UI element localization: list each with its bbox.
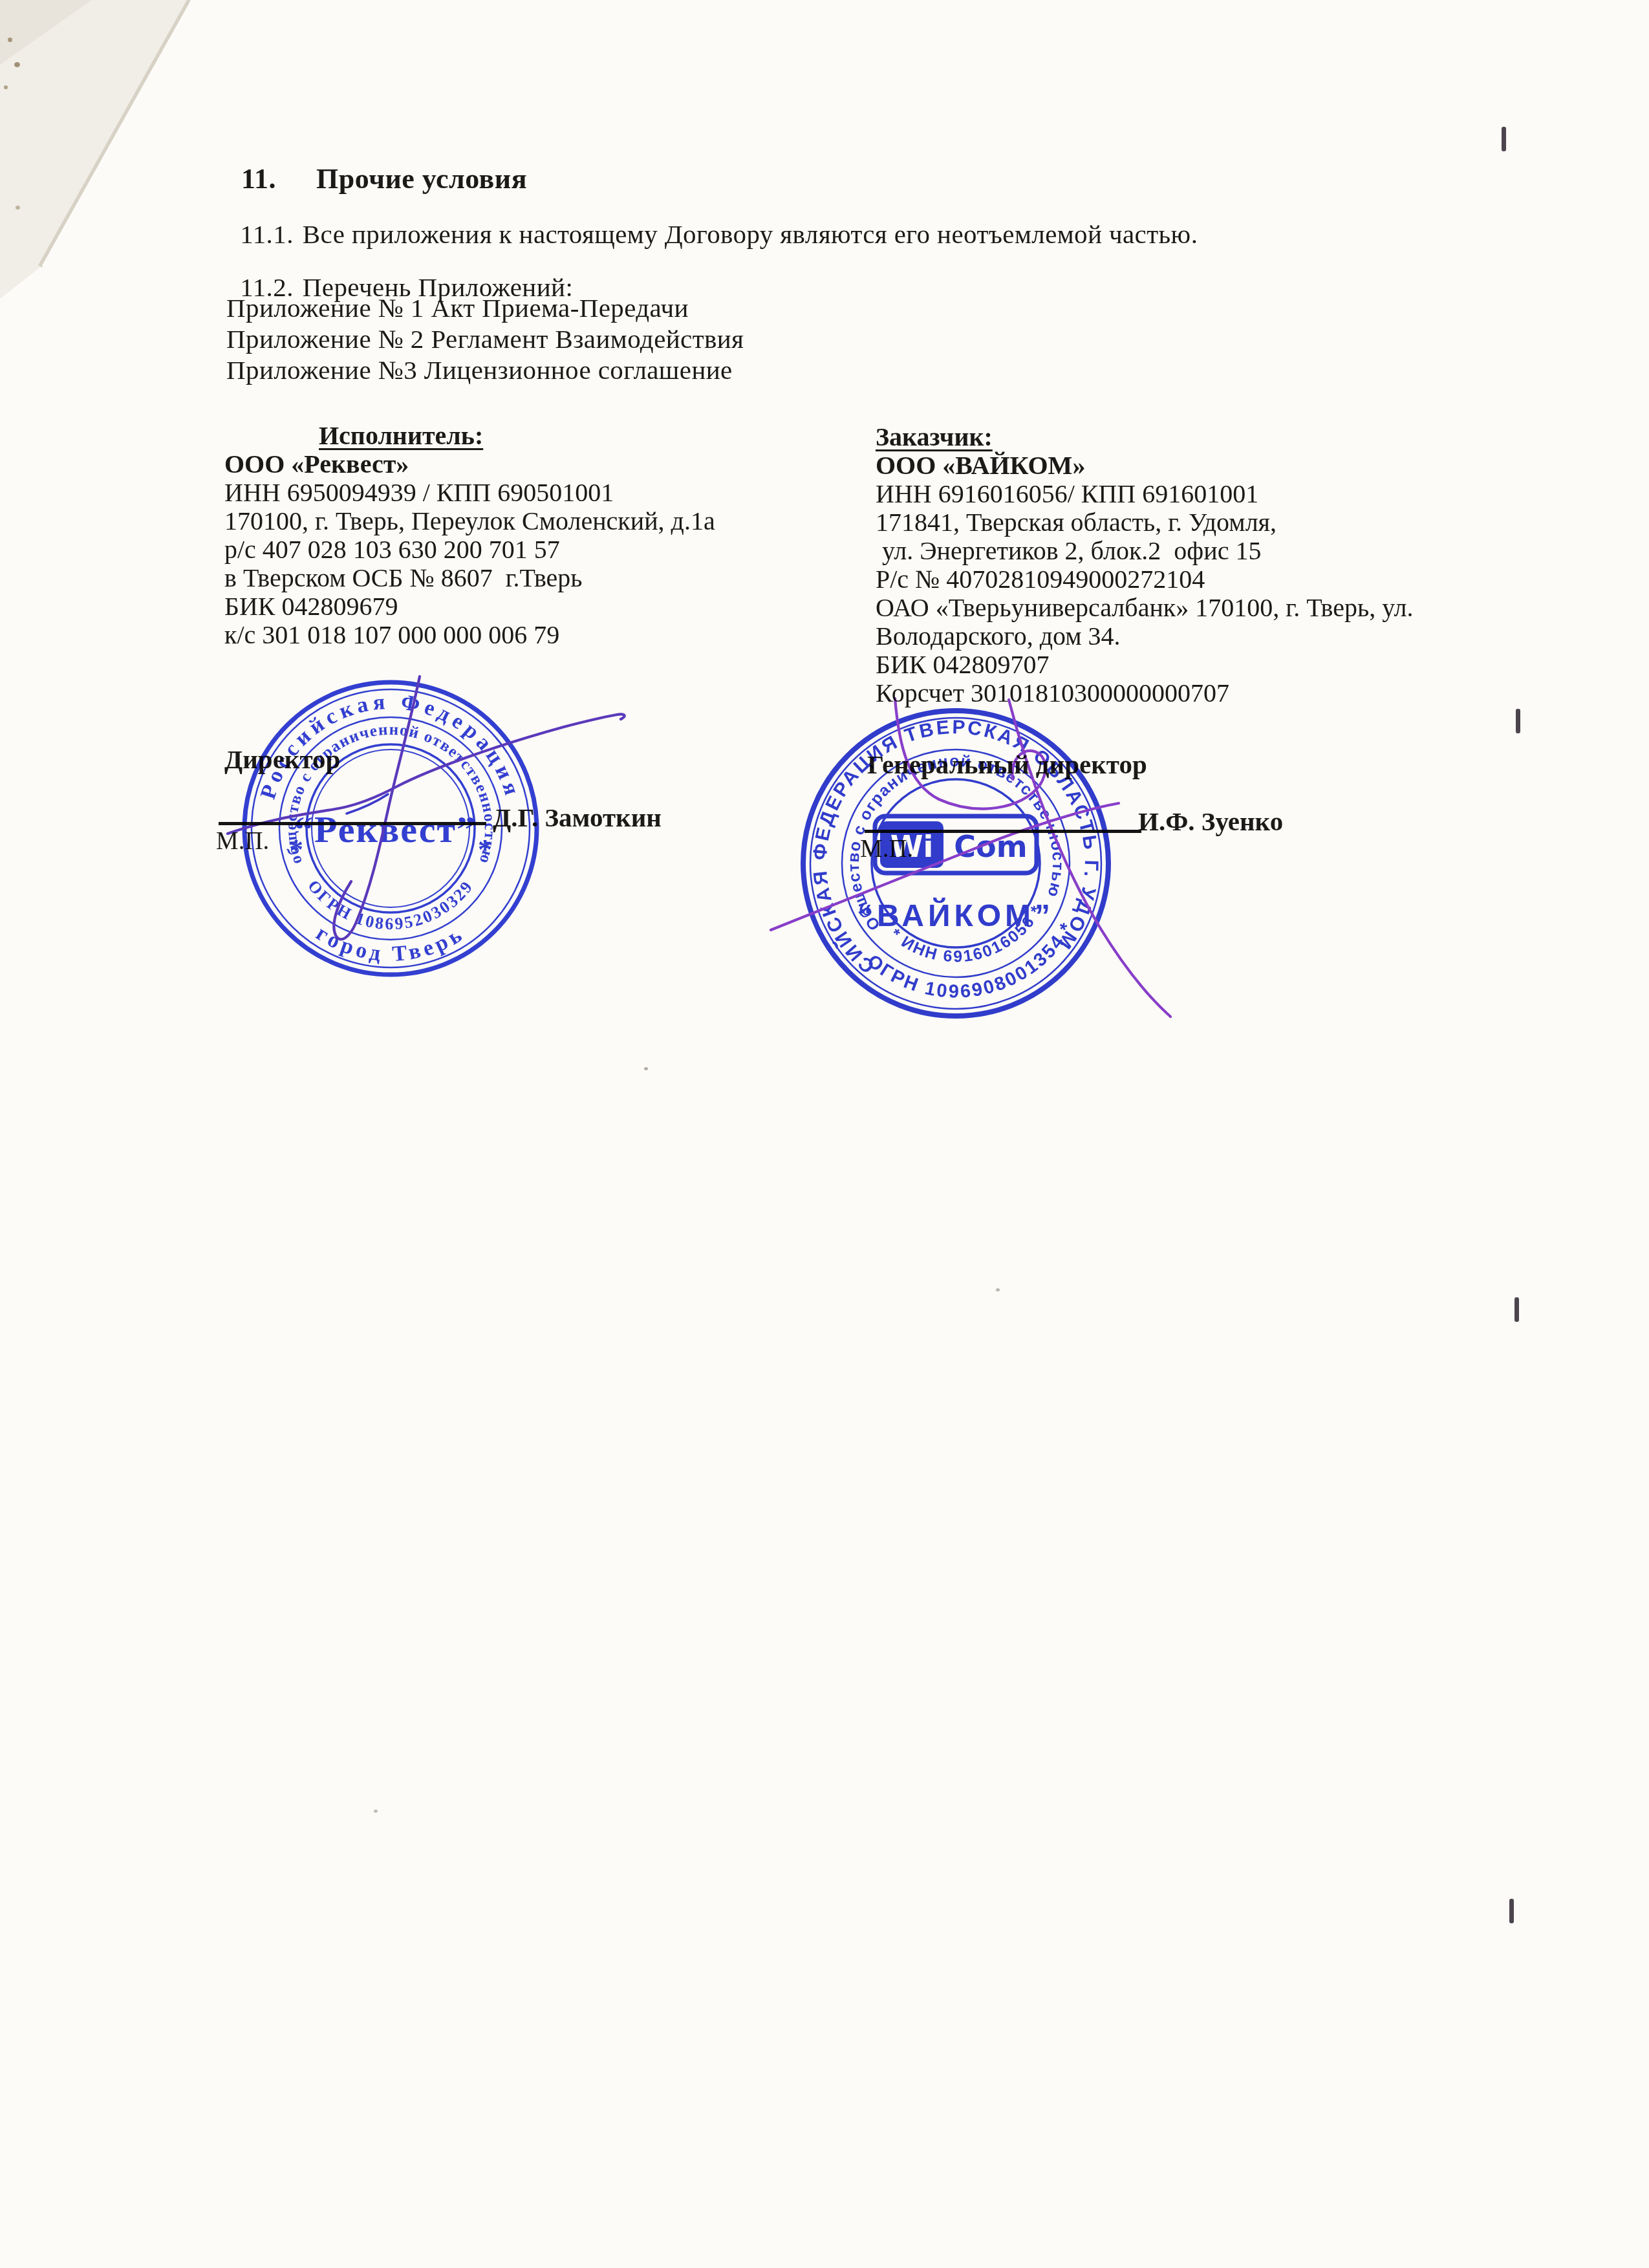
paper-speck [644,1067,648,1070]
requiest-side-mark: * [478,834,492,865]
paper-speck [8,38,12,42]
paper-speck [16,206,20,210]
requiest-stamp: Российская Федерация город Тверь обществ… [244,682,537,975]
edge-mark [1502,127,1506,151]
wicom-stamp: РОССИЙСКАЯ ФЕДЕРАЦИЯ ТВЕРСКАЯ ОБЛАСТЬ Г.… [0,0,1124,1167]
wicom-outer-top: РОССИЙСКАЯ ФЕДЕРАЦИЯ ТВЕРСКАЯ ОБЛАСТЬ Г.… [0,0,1119,1139]
paper-speck [374,1809,378,1813]
wicom-logo-left-text: Wi [890,829,934,864]
paper-speck [996,1288,1000,1291]
paper-speck [14,62,20,67]
requiest-center-name: “Реквест” [294,808,477,850]
edge-mark [1514,1297,1519,1322]
stamps-and-signatures-overlay: Российская Федерация город Тверь обществ… [0,0,1649,2268]
edge-mark [1516,709,1520,733]
wicom-logo: Wi Com [875,816,1037,873]
wicom-center-name: “ВАЙКОМ” [857,898,1054,933]
paper-speck [4,85,8,89]
scanned-contract-page: { "colors": { "paper": "#fcfbf7", "ink":… [0,0,1649,2268]
stamp-arc-text: РОССИЙСКАЯ ФЕДЕРАЦИЯ ТВЕРСКАЯ ОБЛАСТЬ Г.… [0,0,1119,1139]
edge-mark [1509,1899,1514,1923]
wicom-logo-right-text: Com [954,829,1027,864]
